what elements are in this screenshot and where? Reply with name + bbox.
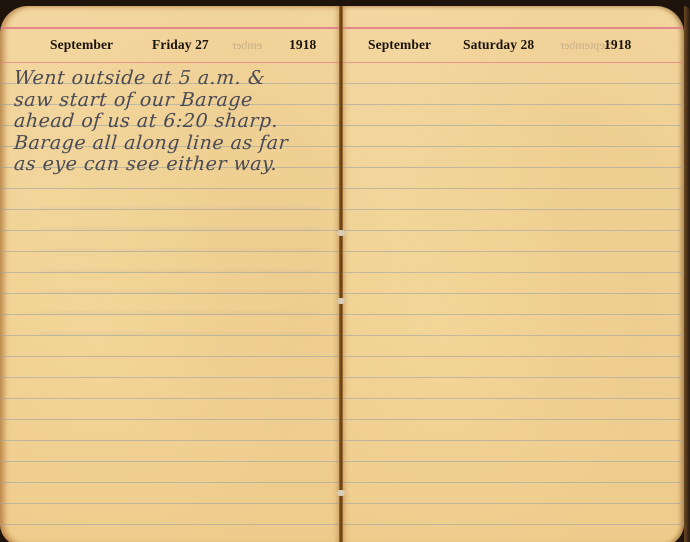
handwritten-entry: Went outside at 5 a.m. & saw start of ou…: [14, 68, 334, 176]
header-bottom-rule: [342, 62, 684, 63]
ruled-line: [0, 398, 340, 399]
binding-stitch: [337, 298, 345, 304]
binding-stitch: [337, 230, 345, 236]
ruled-line: [342, 293, 684, 294]
ruled-line: [342, 398, 684, 399]
right-page: September Saturday 28 September 1918: [342, 6, 684, 542]
ruled-line: [342, 167, 684, 168]
ruled-line: [342, 461, 684, 462]
entry-line: Went outside at 5 a.m. &: [13, 68, 335, 90]
ruled-line: [0, 356, 340, 357]
header-top-rule: [342, 27, 684, 29]
day-label: Friday 27: [152, 37, 209, 53]
header-bottom-rule: [0, 62, 340, 63]
ruled-line: [342, 251, 684, 252]
ruled-line: [342, 104, 684, 105]
ruled-line: [342, 524, 684, 525]
day-label: Saturday 28: [463, 37, 534, 53]
month-label: September: [50, 37, 113, 53]
ruled-line: [342, 146, 684, 147]
ruled-line: [342, 209, 684, 210]
mirrored-bleed-text: ember: [232, 38, 262, 53]
ruled-line: [0, 440, 340, 441]
header-top-rule: [0, 27, 340, 29]
ruled-line: [342, 83, 684, 84]
ruled-line: [342, 230, 684, 231]
year-label: 1918: [604, 37, 631, 53]
entry-line: ahead of us at 6:20 sharp.: [13, 111, 335, 133]
ruled-line: [0, 482, 340, 483]
diary-spread: September Friday 27 ember 1918 Went outs…: [0, 0, 690, 542]
ruled-line: [342, 272, 684, 273]
entry-line: saw start of our Barage: [13, 90, 335, 112]
ruled-line: [342, 125, 684, 126]
book-spine-gutter: [339, 6, 343, 542]
ruled-line: [0, 188, 340, 189]
ruled-line: [342, 314, 684, 315]
ruled-line: [342, 503, 684, 504]
ruled-line: [342, 335, 684, 336]
ruled-line: [342, 188, 684, 189]
year-label: 1918: [289, 37, 316, 53]
ruled-line: [0, 524, 340, 525]
ruled-line: [342, 419, 684, 420]
ruled-line: [0, 461, 340, 462]
book-cover-edge: [684, 6, 690, 542]
reverse-side-bleed-through: [40, 196, 320, 336]
left-page: September Friday 27 ember 1918 Went outs…: [0, 6, 340, 542]
binding-stitch: [337, 490, 345, 496]
ruled-line: [0, 503, 340, 504]
entry-line: Barage all along line as far: [13, 133, 335, 155]
ruled-line: [0, 377, 340, 378]
ruled-line: [342, 377, 684, 378]
ruled-line: [342, 482, 684, 483]
entry-line: as eye can see either way.: [13, 154, 335, 176]
ruled-line: [342, 356, 684, 357]
ruled-line: [0, 419, 340, 420]
ruled-line: [342, 440, 684, 441]
month-label: September: [368, 37, 431, 53]
